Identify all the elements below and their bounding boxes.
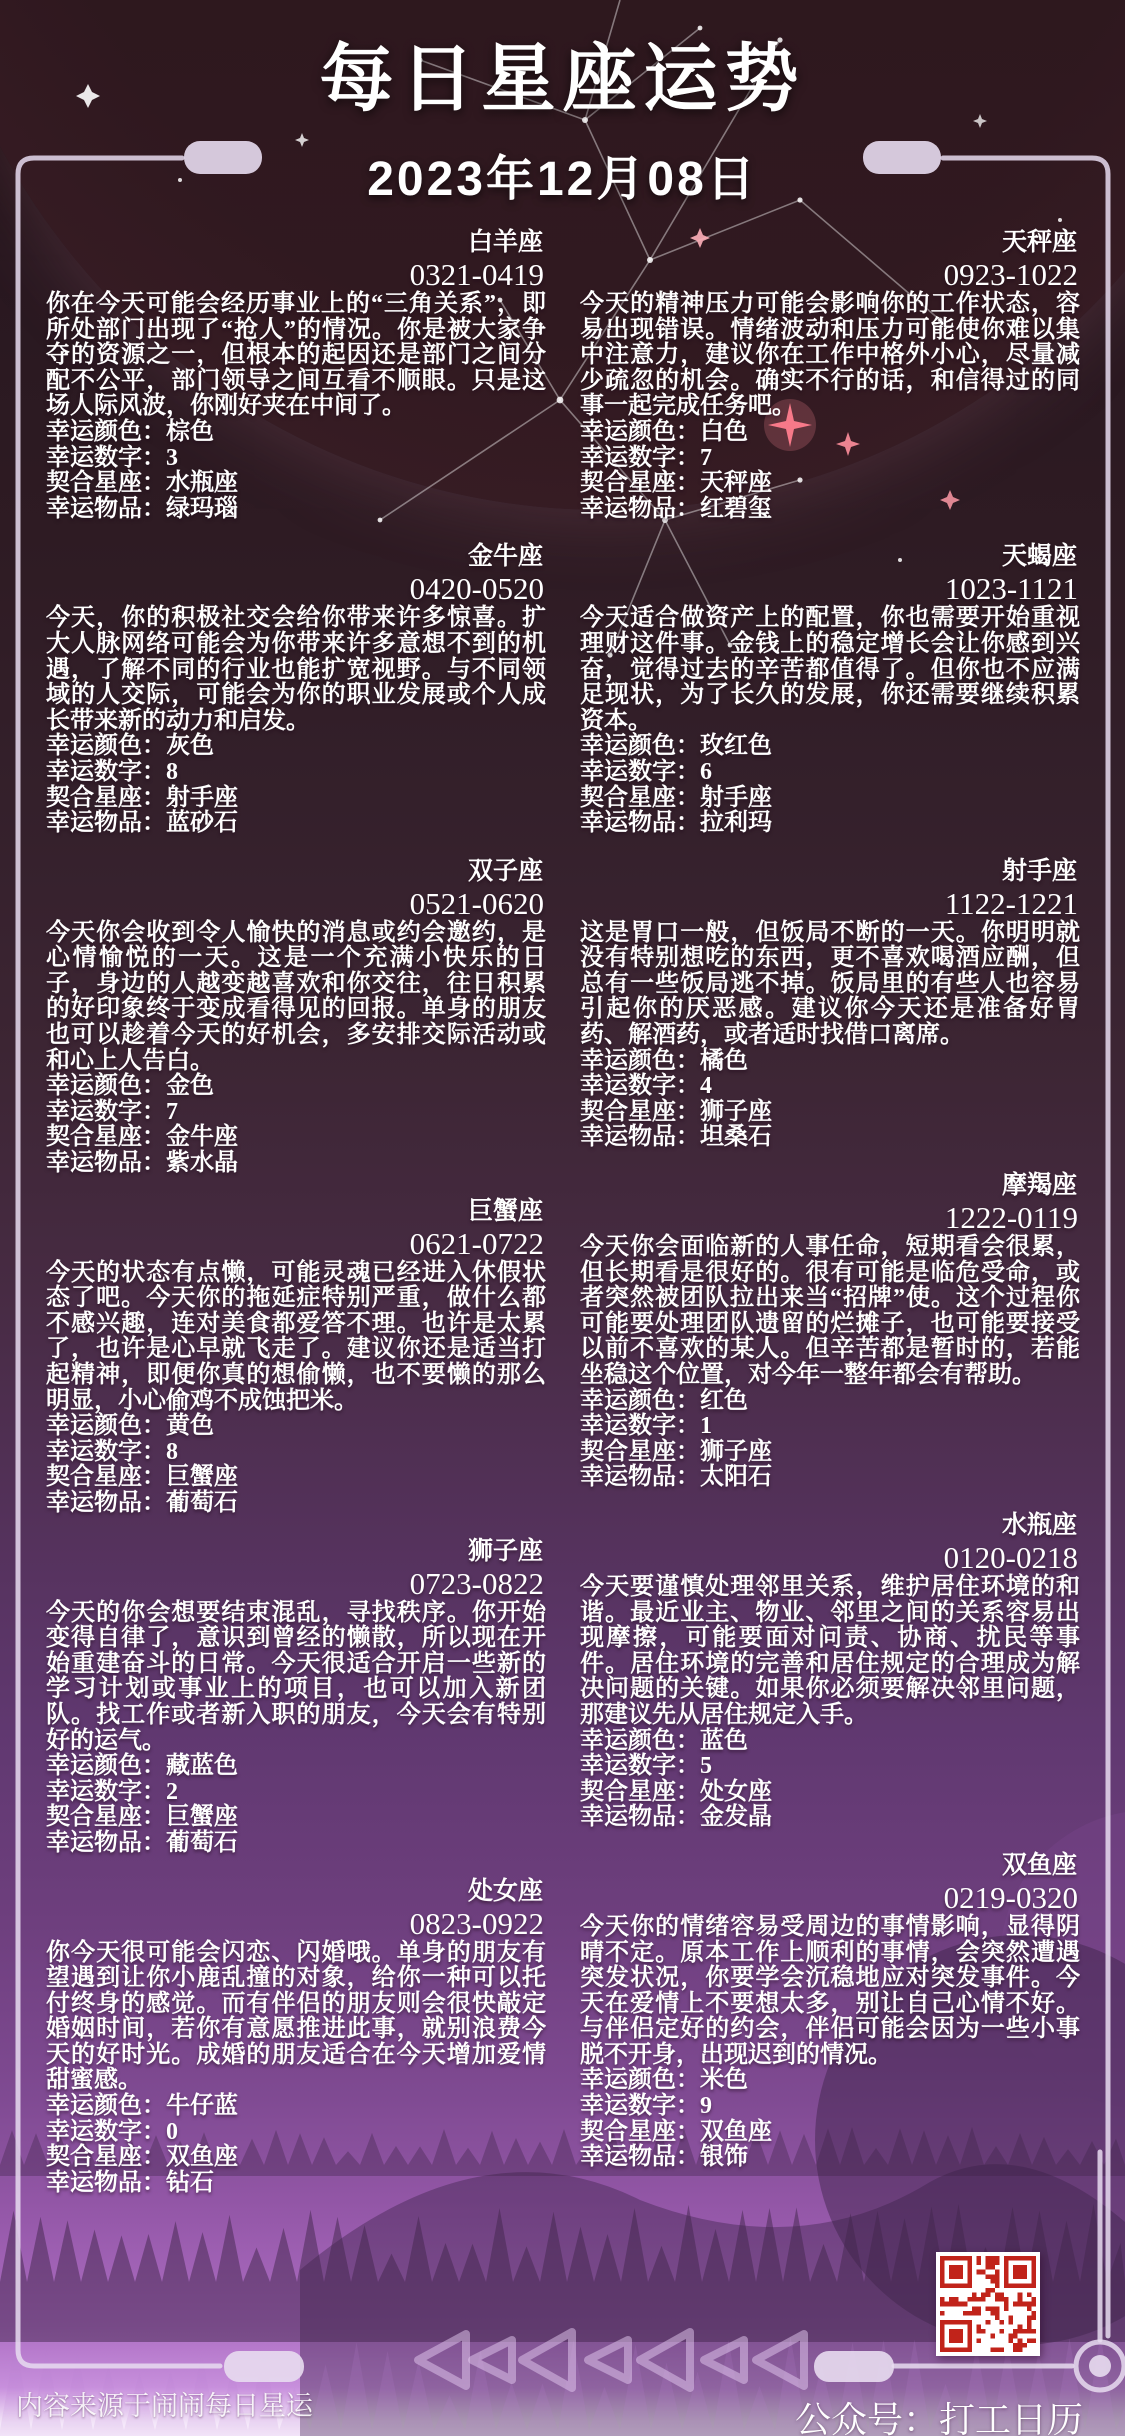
lucky-number-line: 幸运数字：7 xyxy=(46,1100,546,1126)
lucky-number-line: 幸运数字：8 xyxy=(46,1440,546,1466)
sign-fortune-text: 今天适合做资产上的配置，你也需要开始重视理财这件事。金钱上的稳定增长会让你感到兴… xyxy=(580,606,1080,734)
lucky-item-value: 钻石 xyxy=(166,2170,214,2196)
right-column: 天秤座 0923-1022 今天的精神压力可能会影响你的工作状态，容易出现错误。… xyxy=(580,228,1080,2196)
lucky-number-label: 幸运数字： xyxy=(46,2119,166,2145)
page-date: 2023年12月08日 xyxy=(0,140,1125,209)
sign-name: 金牛座 xyxy=(46,542,546,572)
match-sign-line: 契合星座：巨蟹座 xyxy=(46,1805,546,1831)
sign-section-pisces: 双鱼座 0219-0320 今天你的情绪容易受周边的事情影响，显得阴晴不定。原本… xyxy=(580,1851,1080,2171)
sign-dates: 0120-0218 xyxy=(580,1541,1080,1575)
sign-dates: 0723-0822 xyxy=(46,1567,546,1601)
lucky-number-line: 幸运数字：6 xyxy=(580,760,1080,786)
lucky-item-line: 幸运物品：蓝砂石 xyxy=(46,811,546,837)
lucky-item-line: 幸运物品：绿玛瑙 xyxy=(46,497,546,523)
lucky-color-value: 灰色 xyxy=(166,733,214,759)
lucky-number-value: 3 xyxy=(166,445,178,471)
lucky-color-label: 幸运颜色： xyxy=(46,1073,166,1099)
lucky-color-label: 幸运颜色： xyxy=(580,733,700,759)
lucky-item-line: 幸运物品：银饰 xyxy=(580,2145,1080,2171)
lucky-color-value: 白色 xyxy=(700,419,748,445)
lucky-number-label: 幸运数字： xyxy=(46,1439,166,1465)
lucky-color-value: 金色 xyxy=(166,1073,214,1099)
lucky-item-label: 幸运物品： xyxy=(580,496,700,522)
lucky-number-label: 幸运数字： xyxy=(46,1779,166,1805)
sign-fortune-text: 今天你的情绪容易受周边的事情影响，显得阴晴不定。原本工作上顺利的事情，会突然遭遇… xyxy=(580,1915,1080,2069)
lucky-item-label: 幸运物品： xyxy=(580,1464,700,1490)
match-sign-value: 射手座 xyxy=(166,785,238,811)
lucky-color-line: 幸运颜色：灰色 xyxy=(46,734,546,760)
lucky-item-line: 幸运物品：拉利玛 xyxy=(580,811,1080,837)
lucky-item-line: 幸运物品：金发晶 xyxy=(580,1805,1080,1831)
lucky-item-label: 幸运物品： xyxy=(580,1124,700,1150)
match-sign-line: 契合星座：巨蟹座 xyxy=(46,1465,546,1491)
lucky-item-line: 幸运物品：坦桑石 xyxy=(580,1125,1080,1151)
match-sign-label: 契合星座： xyxy=(580,470,700,496)
match-sign-label: 契合星座： xyxy=(580,785,700,811)
sign-dates: 1122-1221 xyxy=(580,887,1080,921)
sign-section-sagittarius: 射手座 1122-1221 这是胃口一般，但饭局不断的一天。你明明就没有特别想吃… xyxy=(580,857,1080,1151)
lucky-color-line: 幸运颜色：玫红色 xyxy=(580,734,1080,760)
lucky-color-line: 幸运颜色：棕色 xyxy=(46,420,546,446)
match-sign-value: 金牛座 xyxy=(166,1124,238,1150)
sign-dates: 1023-1121 xyxy=(580,572,1080,606)
sign-name: 水瓶座 xyxy=(580,1511,1080,1541)
match-sign-label: 契合星座： xyxy=(580,1779,700,1805)
match-sign-line: 契合星座：双鱼座 xyxy=(580,2120,1080,2146)
sign-fortune-text: 今天的精神压力可能会影响你的工作状态，容易出现错误。情绪波动和压力可能使你难以集… xyxy=(580,292,1080,420)
sign-section-scorpio: 天蝎座 1023-1121 今天适合做资产上的配置，你也需要开始重视理财这件事。… xyxy=(580,542,1080,836)
sign-name: 天蝎座 xyxy=(580,542,1080,572)
lucky-item-value: 葡萄石 xyxy=(166,1490,238,1516)
match-sign-label: 契合星座： xyxy=(46,1464,166,1490)
match-sign-line: 契合星座：水瓶座 xyxy=(46,471,546,497)
lucky-color-line: 幸运颜色：黄色 xyxy=(46,1414,546,1440)
lucky-number-value: 7 xyxy=(700,445,712,471)
lucky-number-line: 幸运数字：7 xyxy=(580,446,1080,472)
match-sign-label: 契合星座： xyxy=(46,1124,166,1150)
sign-dates: 0420-0520 xyxy=(46,572,546,606)
sign-fortune-text: 这是胃口一般，但饭局不断的一天。你明明就没有特别想吃的东西，更不喜欢喝酒应酬，但… xyxy=(580,921,1080,1049)
sign-dates: 0219-0320 xyxy=(580,1881,1080,1915)
lucky-item-value: 金发晶 xyxy=(700,1804,772,1830)
sign-fortune-text: 你在今天可能会经历事业上的“三角关系”，即所处部门出现了“抢人”的情况。你是被大… xyxy=(46,292,546,420)
lucky-number-label: 幸运数字： xyxy=(46,445,166,471)
lucky-color-label: 幸运颜色： xyxy=(580,419,700,445)
lucky-item-label: 幸运物品： xyxy=(580,2144,700,2170)
sign-fortune-text: 今天，你的积极社交会给你带来许多惊喜。扩大人脉网络可能会为你带来许多意想不到的机… xyxy=(46,606,546,734)
lucky-number-label: 幸运数字： xyxy=(580,2093,700,2119)
horoscope-poster: 每日星座运势 2023年12月08日 白羊座 0321-0419 你在今天可能会… xyxy=(0,0,1125,2436)
lucky-number-value: 5 xyxy=(700,1753,712,1779)
sign-name: 射手座 xyxy=(580,857,1080,887)
lucky-number-label: 幸运数字： xyxy=(580,1413,700,1439)
qr-code xyxy=(936,2252,1040,2356)
lucky-number-line: 幸运数字：3 xyxy=(46,446,546,472)
frame-handle-bottom-right xyxy=(814,2351,894,2382)
lucky-color-line: 幸运颜色：橘色 xyxy=(580,1049,1080,1075)
lucky-color-value: 棕色 xyxy=(166,419,214,445)
sign-name: 摩羯座 xyxy=(580,1171,1080,1201)
match-sign-line: 契合星座：双鱼座 xyxy=(46,2145,546,2171)
lucky-number-line: 幸运数字：5 xyxy=(580,1754,1080,1780)
sign-name: 巨蟹座 xyxy=(46,1197,546,1227)
lucky-item-value: 银饰 xyxy=(700,2144,748,2170)
left-column: 白羊座 0321-0419 你在今天可能会经历事业上的“三角关系”，即所处部门出… xyxy=(46,228,546,2196)
sign-dates: 0923-1022 xyxy=(580,258,1080,292)
lucky-color-value: 红色 xyxy=(700,1388,748,1414)
match-sign-line: 契合星座：天秤座 xyxy=(580,471,1080,497)
lucky-color-label: 幸运颜色： xyxy=(46,733,166,759)
lucky-item-line: 幸运物品：葡萄石 xyxy=(46,1491,546,1517)
sign-name: 双子座 xyxy=(46,857,546,887)
sign-name: 白羊座 xyxy=(46,228,546,258)
sign-dates: 0321-0419 xyxy=(46,258,546,292)
sign-section-aries: 白羊座 0321-0419 你在今天可能会经历事业上的“三角关系”，即所处部门出… xyxy=(46,228,546,522)
lucky-color-line: 幸运颜色：蓝色 xyxy=(580,1729,1080,1755)
official-account: 公众号：打工日历 xyxy=(795,2392,1083,2436)
lucky-color-label: 幸运颜色： xyxy=(46,419,166,445)
lucky-number-label: 幸运数字： xyxy=(580,445,700,471)
lucky-item-label: 幸运物品： xyxy=(46,1150,166,1176)
sign-fortune-text: 今天要谨慎处理邻里关系，维护居住环境的和谐。最近业主、物业、邻里之间的关系容易出… xyxy=(580,1575,1080,1729)
frame-node-dot xyxy=(1089,2355,1111,2377)
sign-section-leo: 狮子座 0723-0822 今天的你会想要结束混乱，寻找秩序。你开始变得自律了，… xyxy=(46,1537,546,1857)
match-sign-value: 双鱼座 xyxy=(166,2144,238,2170)
sign-dates: 0521-0620 xyxy=(46,887,546,921)
lucky-number-line: 幸运数字：1 xyxy=(580,1414,1080,1440)
sign-name: 狮子座 xyxy=(46,1537,546,1567)
match-sign-value: 水瓶座 xyxy=(166,470,238,496)
page-title: 每日星座运势 xyxy=(0,20,1125,126)
lucky-color-label: 幸运颜色： xyxy=(46,1413,166,1439)
match-sign-value: 巨蟹座 xyxy=(166,1804,238,1830)
lucky-item-line: 幸运物品：太阳石 xyxy=(580,1465,1080,1491)
lucky-item-value: 葡萄石 xyxy=(166,1830,238,1856)
match-sign-line: 契合星座：射手座 xyxy=(580,786,1080,812)
match-sign-label: 契合星座： xyxy=(580,2119,700,2145)
match-sign-line: 契合星座：金牛座 xyxy=(46,1125,546,1151)
match-sign-value: 射手座 xyxy=(700,785,772,811)
match-sign-line: 契合星座：射手座 xyxy=(46,786,546,812)
lucky-number-value: 6 xyxy=(700,759,712,785)
lucky-color-value: 米色 xyxy=(700,2067,748,2093)
sign-name: 处女座 xyxy=(46,1877,546,1907)
lucky-item-label: 幸运物品： xyxy=(46,1490,166,1516)
lucky-item-value: 红碧玺 xyxy=(700,496,772,522)
lucky-number-value: 1 xyxy=(700,1413,712,1439)
lucky-item-value: 拉利玛 xyxy=(700,810,772,836)
lucky-color-line: 幸运颜色：牛仔蓝 xyxy=(46,2094,546,2120)
lucky-number-label: 幸运数字： xyxy=(46,759,166,785)
lucky-color-line: 幸运颜色：藏蓝色 xyxy=(46,1754,546,1780)
lucky-number-line: 幸运数字：9 xyxy=(580,2094,1080,2120)
lucky-item-label: 幸运物品： xyxy=(580,810,700,836)
lucky-color-label: 幸运颜色： xyxy=(580,1048,700,1074)
match-sign-value: 狮子座 xyxy=(700,1439,772,1465)
lucky-item-value: 坦桑石 xyxy=(700,1124,772,1150)
match-sign-label: 契合星座： xyxy=(46,785,166,811)
lucky-color-label: 幸运颜色： xyxy=(46,1753,166,1779)
lucky-item-line: 幸运物品：钻石 xyxy=(46,2171,546,2197)
sign-section-libra: 天秤座 0923-1022 今天的精神压力可能会影响你的工作状态，容易出现错误。… xyxy=(580,228,1080,522)
lucky-number-value: 7 xyxy=(166,1099,178,1125)
lucky-item-line: 幸运物品：红碧玺 xyxy=(580,497,1080,523)
lucky-number-value: 4 xyxy=(700,1073,712,1099)
match-sign-label: 契合星座： xyxy=(580,1099,700,1125)
lucky-number-line: 幸运数字：2 xyxy=(46,1780,546,1806)
sign-section-virgo: 处女座 0823-0922 你今天很可能会闪恋、闪婚哦。单身的朋友有望遇到让你小… xyxy=(46,1877,546,2197)
lucky-color-label: 幸运颜色： xyxy=(580,1388,700,1414)
lucky-item-line: 幸运物品：葡萄石 xyxy=(46,1831,546,1857)
lucky-number-value: 2 xyxy=(166,1779,178,1805)
match-sign-value: 巨蟹座 xyxy=(166,1464,238,1490)
lucky-number-label: 幸运数字： xyxy=(580,759,700,785)
sign-section-capricorn: 摩羯座 1222-0119 今天你会面临新的人事任命，短期看会很累，但长期看是很… xyxy=(580,1171,1080,1491)
lucky-item-value: 绿玛瑙 xyxy=(166,496,238,522)
sign-fortune-text: 今天的你会想要结束混乱，寻找秩序。你开始变得自律了，意识到曾经的懒散，所以现在开… xyxy=(46,1601,546,1755)
lucky-item-value: 紫水晶 xyxy=(166,1150,238,1176)
lucky-number-label: 幸运数字： xyxy=(580,1753,700,1779)
lucky-color-line: 幸运颜色：米色 xyxy=(580,2068,1080,2094)
source-credit: 内容来源于闹闹每日星运 xyxy=(16,2384,313,2423)
lucky-color-value: 牛仔蓝 xyxy=(166,2093,238,2119)
sign-section-aquarius: 水瓶座 0120-0218 今天要谨慎处理邻里关系，维护居住环境的和谐。最近业主… xyxy=(580,1511,1080,1831)
match-sign-value: 双鱼座 xyxy=(700,2119,772,2145)
lucky-item-label: 幸运物品： xyxy=(580,1804,700,1830)
lucky-number-value: 8 xyxy=(166,1439,178,1465)
lucky-item-label: 幸运物品： xyxy=(46,810,166,836)
sign-fortune-text: 你今天很可能会闪恋、闪婚哦。单身的朋友有望遇到让你小鹿乱撞的对象，给你一种可以托… xyxy=(46,1941,546,2095)
sign-section-cancer: 巨蟹座 0621-0722 今天的状态有点懒，可能灵魂已经进入休假状态了吧。今天… xyxy=(46,1197,546,1517)
lucky-number-value: 8 xyxy=(166,759,178,785)
lucky-number-value: 0 xyxy=(166,2119,178,2145)
lucky-color-value: 藏蓝色 xyxy=(166,1753,238,1779)
lucky-item-value: 蓝砂石 xyxy=(166,810,238,836)
lucky-number-label: 幸运数字： xyxy=(46,1099,166,1125)
lucky-number-line: 幸运数字：8 xyxy=(46,760,546,786)
lucky-item-value: 太阳石 xyxy=(700,1464,772,1490)
lucky-color-line: 幸运颜色：红色 xyxy=(580,1389,1080,1415)
content-columns: 白羊座 0321-0419 你在今天可能会经历事业上的“三角关系”，即所处部门出… xyxy=(46,228,1080,2196)
match-sign-value: 处女座 xyxy=(700,1779,772,1805)
lucky-color-value: 玫红色 xyxy=(700,733,772,759)
lucky-color-line: 幸运颜色：白色 xyxy=(580,420,1080,446)
match-sign-label: 契合星座： xyxy=(46,2144,166,2170)
sign-name: 天秤座 xyxy=(580,228,1080,258)
sign-dates: 0823-0922 xyxy=(46,1907,546,1941)
lucky-color-value: 蓝色 xyxy=(700,1728,748,1754)
lucky-item-label: 幸运物品： xyxy=(46,1830,166,1856)
sign-dates: 0621-0722 xyxy=(46,1227,546,1261)
lucky-number-line: 幸运数字：0 xyxy=(46,2120,546,2146)
lucky-color-label: 幸运颜色： xyxy=(580,2067,700,2093)
lucky-item-label: 幸运物品： xyxy=(46,496,166,522)
lucky-number-value: 9 xyxy=(700,2093,712,2119)
match-sign-line: 契合星座：狮子座 xyxy=(580,1440,1080,1466)
match-sign-label: 契合星座： xyxy=(46,1804,166,1830)
lucky-color-label: 幸运颜色： xyxy=(580,1728,700,1754)
match-sign-line: 契合星座：狮子座 xyxy=(580,1100,1080,1126)
lucky-color-line: 幸运颜色：金色 xyxy=(46,1074,546,1100)
match-sign-value: 狮子座 xyxy=(700,1099,772,1125)
lucky-color-label: 幸运颜色： xyxy=(46,2093,166,2119)
sign-name: 双鱼座 xyxy=(580,1851,1080,1881)
sign-dates: 1222-0119 xyxy=(580,1201,1080,1235)
match-sign-label: 契合星座： xyxy=(580,1439,700,1465)
sign-section-gemini: 双子座 0521-0620 今天你会收到令人愉快的消息或约会邀约，是心情愉悦的一… xyxy=(46,857,546,1177)
match-sign-value: 天秤座 xyxy=(700,470,772,496)
sign-fortune-text: 今天你会面临新的人事任命，短期看会很累，但长期看是很好的。很有可能是临危受命，或… xyxy=(580,1235,1080,1389)
match-sign-line: 契合星座：处女座 xyxy=(580,1780,1080,1806)
frame-handle-bottom-left xyxy=(224,2351,304,2382)
lucky-item-label: 幸运物品： xyxy=(46,2170,166,2196)
sign-fortune-text: 今天你会收到令人愉快的消息或约会邀约，是心情愉悦的一天。这是一个充满小快乐的日子… xyxy=(46,921,546,1075)
sign-fortune-text: 今天的状态有点懒，可能灵魂已经进入休假状态了吧。今天你的拖延症特别严重，做什么都… xyxy=(46,1261,546,1415)
lucky-item-line: 幸运物品：紫水晶 xyxy=(46,1151,546,1177)
triangle-arrows xyxy=(418,2332,804,2388)
lucky-color-value: 黄色 xyxy=(166,1413,214,1439)
lucky-color-value: 橘色 xyxy=(700,1048,748,1074)
match-sign-label: 契合星座： xyxy=(46,470,166,496)
lucky-number-line: 幸运数字：4 xyxy=(580,1074,1080,1100)
lucky-number-label: 幸运数字： xyxy=(580,1073,700,1099)
sign-section-taurus: 金牛座 0420-0520 今天，你的积极社交会给你带来许多惊喜。扩大人脉网络可… xyxy=(46,542,546,836)
